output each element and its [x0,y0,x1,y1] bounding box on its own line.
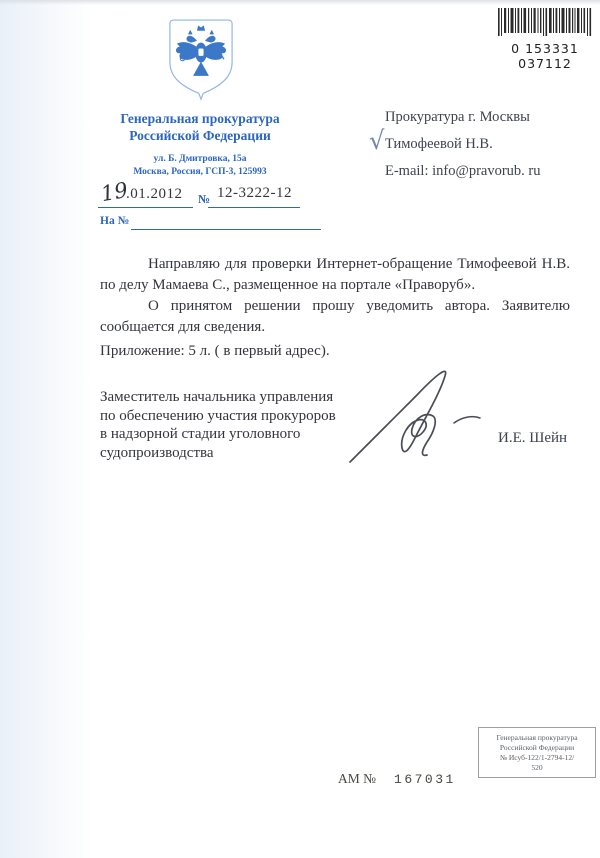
registration-stamp: Генеральная прокуратура Российской Федер… [478,727,596,778]
outgoing-number: 12-3222-12 [217,185,292,202]
handwritten-signature [342,360,487,472]
signature-ink-icon [342,360,487,472]
signer-name: И.Е. Шейн [498,430,567,447]
stamp-line: 520 [481,763,593,773]
letterhead-address: ул. Б. Дмитровка, 15а Москва, Россия, ГС… [60,153,340,179]
handwritten-checkmark: √ [368,126,385,156]
russia-double-headed-eagle-icon [164,14,238,106]
recipient-line: Прокуратура г. Москвы [385,109,575,126]
barcode: 0 153331 037112 [497,8,593,71]
recipient-line: Тимофеевой Н.В. [385,136,575,153]
stamp-line: № Исуб-122/1-2794-12/ [481,753,593,763]
barcode-bars-icon [497,8,593,36]
recipient-line: E-mail: info@pravorub. ru [385,163,575,180]
letter-body: Направляю для проверки Интернет-обращени… [100,254,570,338]
letterhead-org-name: Генеральная прокуратура Российской Федер… [60,110,340,144]
attachment-line: Приложение: 5 л. ( в первый адрес). [100,343,330,360]
date-underline [98,207,193,208]
recipient-block: Прокуратура г. Москвы Тимофеевой Н.В. E-… [385,109,575,190]
number-sign: № [198,192,210,207]
body-paragraph: О принятом решении прошу уведомить автор… [100,296,570,338]
address-line2: Москва, Россия, ГСП-3, 125993 [60,166,340,179]
reply-underline [131,229,321,230]
stamp-line: Российской Федерации [481,743,593,753]
number-underline [208,207,300,208]
scanned-letter-page: 0 153331 037112 Генеральная прокуратура [0,0,600,858]
barcode-number: 0 153331 037112 [497,41,593,71]
body-paragraph: Направляю для проверки Интернет-обращени… [100,254,570,296]
org-line1: Генеральная прокуратура [60,110,340,127]
org-line2: Российской Федерации [60,127,340,144]
form-number: 167031 [394,772,456,787]
form-series-label: АМ № [338,771,376,786]
typed-date: .01.2012 [126,186,183,203]
address-line1: ул. Б. Дмитровка, 15а [60,153,340,166]
stamp-line: Генеральная прокуратура [481,733,593,743]
coat-of-arms-emblem [164,14,238,106]
reply-to-label: На № [100,215,129,227]
form-serial: АМ №167031 [338,771,456,787]
